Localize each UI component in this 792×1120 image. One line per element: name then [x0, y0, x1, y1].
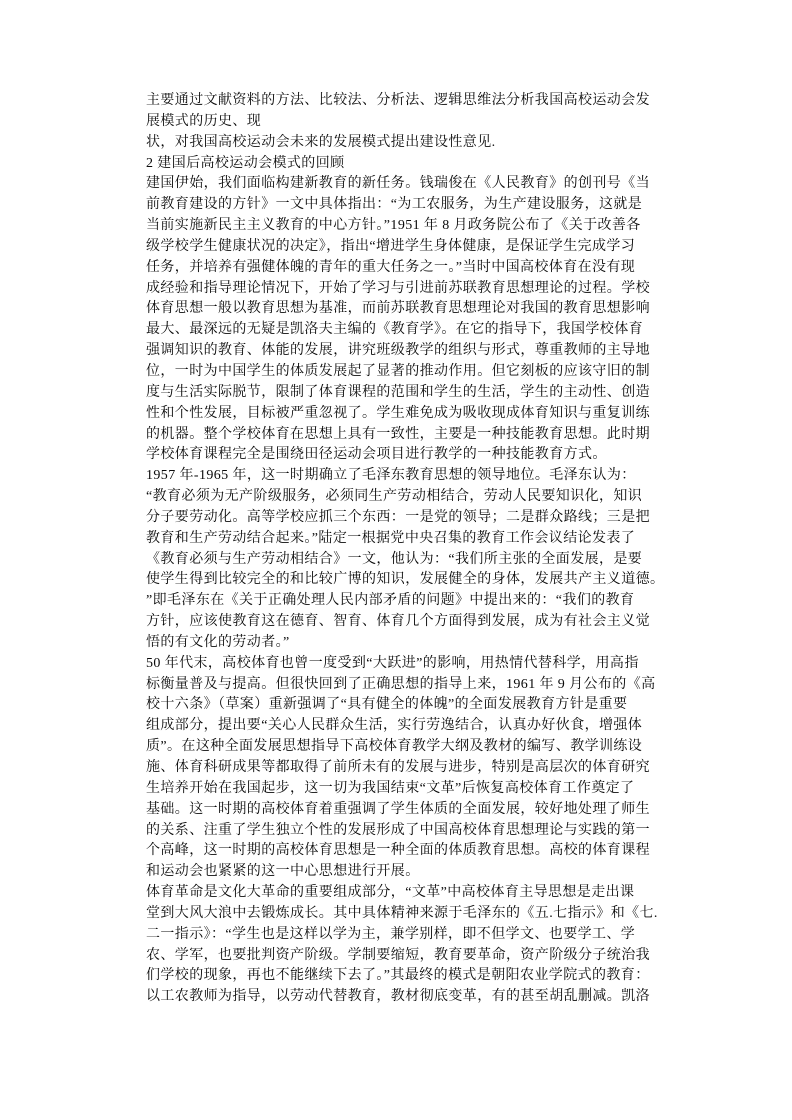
text-line: 的关系、注重了学生独立个性的发展形成了中国高校体育思想理论与实践的第一 — [146, 821, 658, 842]
text-line: “教育必须为无产阶级服务，必须同生产劳动相结合，劳动人民要知识化，知识 — [146, 487, 658, 508]
text-line: 的机器。整个学校体育在思想上具有一致性，主要是一种技能教育思想。此时期 — [146, 425, 658, 446]
text-line: 农、学军，也要批判资产阶级。学制要缩短，教育要革命，资产阶级分子统治我 — [146, 946, 658, 967]
text-line: 和运动会也紧紧的这一中心思想进行开展。 — [146, 862, 658, 883]
text-line: ”即毛泽东在《关于正确处理人民内部矛盾的问题》中提出来的：“我们的教育 — [146, 591, 658, 612]
text-line: 使学生得到比较完全的和比较广博的知识，发展健全的身体，发展共产主义道德。 — [146, 570, 658, 591]
text-line: 个高峰，这一时期的高校体育思想是一种全面的体质教育思想。高校的体育课程 — [146, 841, 658, 862]
text-line: 展模式的历史、现 — [146, 112, 658, 133]
text-line: 最大、最深远的无疑是凯洛夫主编的《教育学》。在它的指导下，我国学校体育 — [146, 320, 658, 341]
text-line: 堂到大风大浪中去锻炼成长。其中具体精神来源于毛泽东的《五.七指示》和《七. — [146, 904, 658, 925]
text-line: 1957 年-1965 年，这一时期确立了毛泽东教育思想的领导地位。毛泽东认为： — [146, 466, 658, 487]
text-line: 们学校的现象，再也不能继续下去了。”其最终的模式是朝阳农业学院式的教育： — [146, 966, 658, 987]
text-line: 体育革命是文化大革命的重要组成部分，“文革”中高校体育主导思想是走出课 — [146, 883, 658, 904]
text-line: 方针，应该使教育这在德育、智育、体育几个方面得到发展，成为有社会主义觉 — [146, 612, 658, 633]
text-line: 当前实施新民主主义教育的中心方针。”1951 年 8 月政务院公布了《关于改善各 — [146, 216, 658, 237]
text-line: 强调知识的教育、体能的发展，讲究班级教学的组织与形式，尊重教师的主导地 — [146, 341, 658, 362]
text-line: 度与生活实际脱节，限制了体育课程的范围和学生的生活，学生的主动性、创造 — [146, 383, 658, 404]
text-line: 二一指示》：“学生也是这样以学为主，兼学别样，即不但学文、也要学工、学 — [146, 925, 658, 946]
document-page: 主要通过文献资料的方法、比较法、分析法、逻辑思维法分析我国高校运动会发展模式的历… — [0, 0, 792, 1120]
text-line: 性和个性发展，目标被严重忽视了。学生难免成为吸收现成体育知识与重复训练 — [146, 404, 658, 425]
text-line: 主要通过文献资料的方法、比较法、分析法、逻辑思维法分析我国高校运动会发 — [146, 91, 658, 112]
text-line: 状，对我国高校运动会未来的发展模式提出建设性意见. — [146, 133, 658, 154]
text-line: 建国伊始，我们面临构建新教育的新任务。钱瑞俊在《人民教育》的创刊号《当 — [146, 174, 658, 195]
text-line: 成经验和指导理论情况下，开始了学习与引进前苏联教育思想理论的过程。学校 — [146, 279, 658, 300]
text-line: 教育和生产劳动结合起来。”陆定一根据党中央召集的教育工作会议结论发表了 — [146, 529, 658, 550]
text-line: 学校体育课程完全是围绕田径运动会项目进行教学的一种技能教育方式。 — [146, 445, 658, 466]
text-line: 《教育必须与生产劳动相结合》一文，他认为：“我们所主张的全面发展，是要 — [146, 550, 658, 571]
text-line: 2 建国后高校运动会模式的回顾 — [146, 154, 658, 175]
text-line: 基础。这一时期的高校体育着重强调了学生体质的全面发展，较好地处理了师生 — [146, 800, 658, 821]
text-line: 校十六条》（草案）重新强调了“具有健全的体魄”的全面发展教育方针是重要 — [146, 695, 658, 716]
text-line: 位，一时为中国学生的体质发展起了显著的推动作用。但它刻板的应该守旧的制 — [146, 362, 658, 383]
text-line: 任务，并培养有强健体魄的青年的重大任务之一。”当时中国高校体育在没有现 — [146, 258, 658, 279]
text-line: 组成部分，提出要“关心人民群众生活，实行劳逸结合，认真办好伙食，增强体 — [146, 716, 658, 737]
text-line: 分子要劳动化。高等学校应抓三个东西：一是党的领导；二是群众路线；三是把 — [146, 508, 658, 529]
text-line: 标衡量普及与提高。但很快回到了正确思想的指导上来，1961 年 9 月公布的《高 — [146, 675, 658, 696]
text-line: 施、体育科研成果等都取得了前所未有的发展与进步，特别是高层次的体育研究 — [146, 758, 658, 779]
text-line: 前教育建设的方针》一文中具体指出：“为工农服务，为生产建设服务，这就是 — [146, 195, 658, 216]
document-text: 主要通过文献资料的方法、比较法、分析法、逻辑思维法分析我国高校运动会发展模式的历… — [146, 91, 658, 1008]
text-line: 体育思想一般以教育思想为基准，而前苏联教育思想理论对我国的教育思想影响 — [146, 299, 658, 320]
text-line: 悟的有文化的劳动者。” — [146, 633, 658, 654]
text-line: 级学校学生健康状况的决定》，指出“增进学生身体健康，是保证学生完成学习 — [146, 237, 658, 258]
text-line: 生培养开始在我国起步，这一切为我国结束“文革”后恢复高校体育工作奠定了 — [146, 779, 658, 800]
text-line: 质”。在这种全面发展思想指导下高校体育教学大纲及教材的编写、教学训练设 — [146, 737, 658, 758]
text-line: 50 年代末，高校体育也曾一度受到“大跃进”的影响，用热情代替科学，用高指 — [146, 654, 658, 675]
text-line: 以工农教师为指导，以劳动代替教育，教材彻底变革，有的甚至胡乱删减。凯洛 — [146, 987, 658, 1008]
